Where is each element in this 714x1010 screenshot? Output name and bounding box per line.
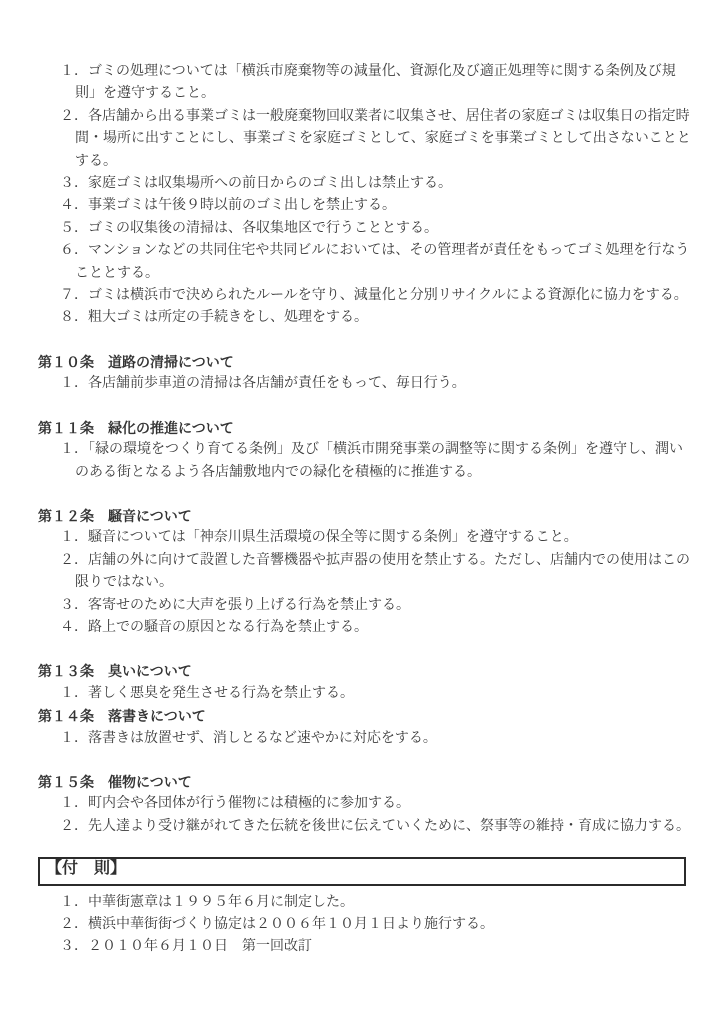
article-heading: 第１１条 緑化の推進について (38, 417, 692, 439)
list-item: ６．マンションなどの共同住宅や共同ビルにおいては、その管理者が責任をもってゴミ処… (60, 240, 692, 285)
article-heading: 第１５条 催物について (38, 771, 692, 793)
article-14: 第１４条 落書きについて １．落書きは放置せず、消しとるなど速やかに対応をする。 (38, 705, 692, 750)
article-11: 第１１条 緑化の推進について １．「緑の環境をつくり育てる条例」及び「横浜市開発… (38, 417, 692, 484)
list-item: ４．路上での騒音の原因となる行為を禁止する。 (60, 617, 692, 639)
appendix: 【付 則】 １．中華街憲章は１９９５年６月に制定した。 ２．横浜中華街街づくり協… (38, 857, 692, 959)
list-item: １．「緑の環境をつくり育てる条例」及び「横浜市開発事業の調整等に関する条例」を遵… (60, 439, 692, 484)
intro-list: １．ゴミの処理については「横浜市廃棄物等の減量化、資源化及び適正処理等に関する条… (38, 61, 692, 330)
list-item: ２．店舗の外に向けて設置した音響機器や拡声器の使用を禁止する。ただし、店舗内での… (60, 550, 692, 595)
list-item: １．各店舗前歩車道の清掃は各店舗が責任をもって、毎日行う。 (60, 373, 692, 395)
list-item: ５．ゴミの収集後の清掃は、各収集地区で行うこととする。 (60, 218, 692, 240)
article-heading: 第１０条 道路の清掃について (38, 351, 692, 373)
list-item: ２．各店舗から出る事業ゴミは一般廃棄物回収業者に収集させ、居住者の家庭ゴミは収集… (60, 106, 692, 173)
list-item: ３．家庭ゴミは収集場所への前日からのゴミ出しは禁止する。 (60, 173, 692, 195)
appendix-title: 【付 則】 (46, 860, 126, 877)
list-item: １．中華街憲章は１９９５年６月に制定した。 (60, 892, 692, 914)
list-item: １．落書きは放置せず、消しとるなど速やかに対応をする。 (60, 728, 692, 750)
article-heading: 第１２条 騒音について (38, 505, 692, 527)
article-heading: 第１３条 臭いについて (38, 660, 692, 682)
list-item: ２．横浜中華街街づくり協定は２００６年１０月１日より施行する。 (60, 914, 692, 936)
list-item: ２．先人達より受け継がれてきた伝統を後世に伝えていくために、祭事等の維持・育成に… (60, 816, 692, 838)
article-12: 第１２条 騒音について １．騒音については「神奈川県生活環境の保全等に関する条例… (38, 505, 692, 639)
appendix-title-box: 【付 則】 (38, 857, 686, 885)
list-item: ７．ゴミは横浜市で決められたルールを守り、減量化と分別リサイクルによる資源化に協… (60, 285, 692, 307)
document-page: { "page": { "background": "#ffffff", "te… (0, 0, 714, 1010)
article-heading: 第１４条 落書きについて (38, 705, 692, 727)
list-item: ８．粗大ゴミは所定の手続きをし、処理をする。 (60, 307, 692, 329)
list-item: １．騒音については「神奈川県生活環境の保全等に関する条例」を遵守すること。 (60, 527, 692, 549)
list-item: １．町内会や各団体が行う催物には積極的に参加する。 (60, 793, 692, 815)
page-content: １．ゴミの処理については「横浜市廃棄物等の減量化、資源化及び適正処理等に関する条… (0, 0, 714, 1010)
list-item: １．著しく悪臭を発生させる行為を禁止する。 (60, 683, 692, 705)
article-15: 第１５条 催物について １．町内会や各団体が行う催物には積極的に参加する。 ２．… (38, 771, 692, 838)
article-13: 第１３条 臭いについて １．著しく悪臭を発生させる行為を禁止する。 (38, 660, 692, 705)
list-item: ３．２０１０年６月１０日 第一回改訂 (60, 936, 692, 958)
article-10: 第１０条 道路の清掃について １．各店舗前歩車道の清掃は各店舗が責任をもって、毎… (38, 351, 692, 396)
list-item: ４．事業ゴミは午後９時以前のゴミ出しを禁止する。 (60, 195, 692, 217)
list-item: ３．客寄せのために大声を張り上げる行為を禁止する。 (60, 595, 692, 617)
list-item: １．ゴミの処理については「横浜市廃棄物等の減量化、資源化及び適正処理等に関する条… (60, 61, 692, 106)
